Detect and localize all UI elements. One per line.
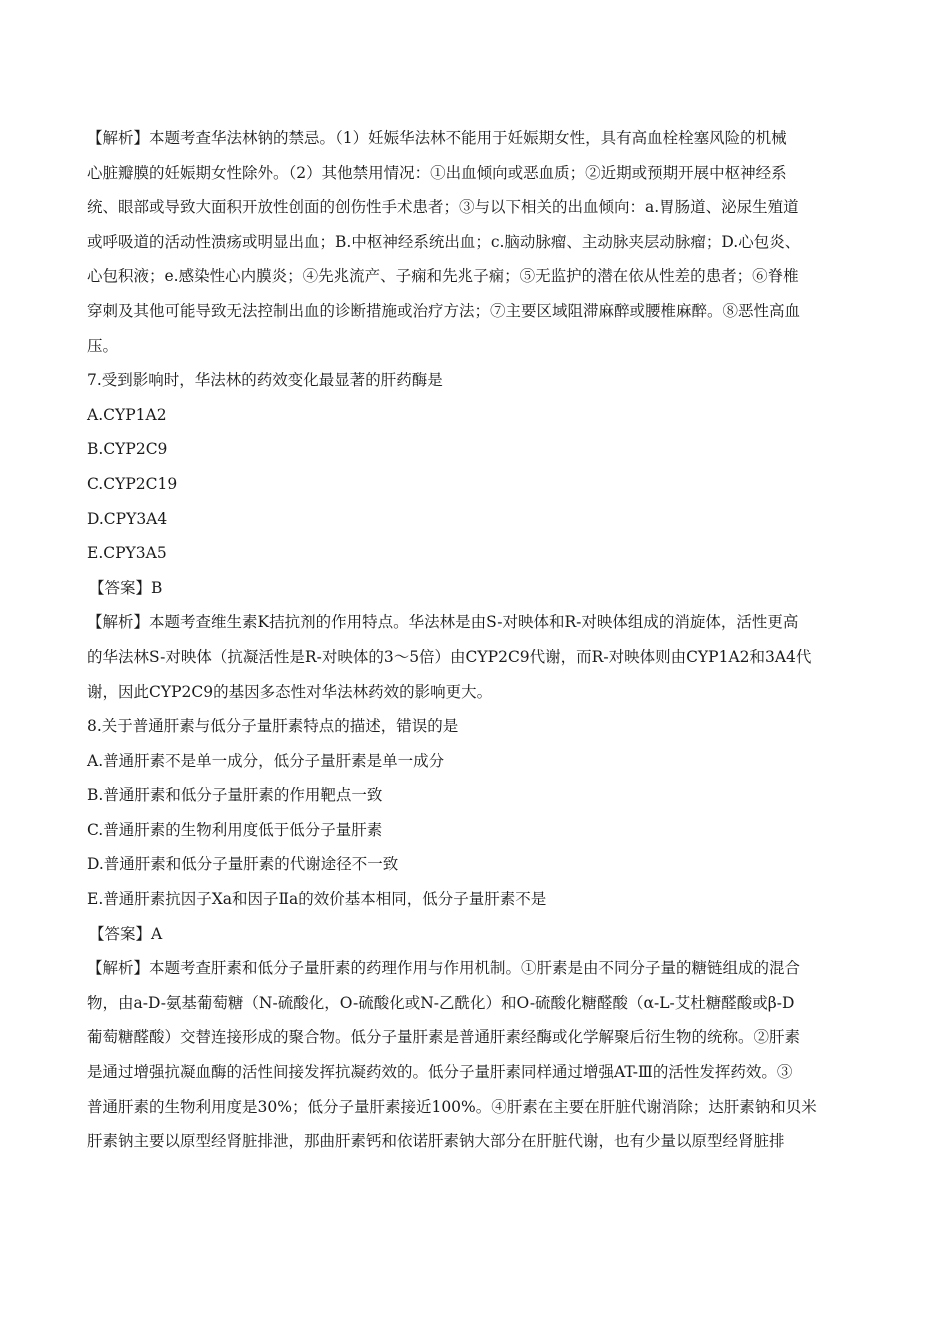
option-d: D.普通肝素和低分子量肝素的代谢途径不一致 — [87, 850, 867, 885]
option-b: B.CYP2C9 — [87, 435, 867, 470]
analysis-line: 肝素钠主要以原型经肾脏排泄，那曲肝素钙和依诺肝素钠大部分在肝脏代谢，也有少量以原… — [87, 1127, 867, 1162]
option-c: C.CYP2C19 — [87, 470, 867, 505]
answer-label: 【答案】A — [87, 920, 867, 955]
analysis-line: 葡萄糖醛酸）交替连接形成的聚合物。低分子量肝素是普通肝素经酶或化学解聚后衍生物的… — [87, 1023, 867, 1058]
option-e: E.普通肝素抗因子Xa和因子Ⅱa的效价基本相同，低分子量肝素不是 — [87, 885, 867, 920]
analysis-line: 是通过增强抗凝血酶的活性间接发挥抗凝药效的。低分子量肝素同样通过增强AT-Ⅲ的活… — [87, 1058, 867, 1093]
option-e: E.CPY3A5 — [87, 539, 867, 574]
option-c: C.普通肝素的生物利用度低于低分子量肝素 — [87, 816, 867, 851]
question-stem: 8.关于普通肝素与低分子量肝素特点的描述，错误的是 — [87, 712, 867, 747]
analysis-line: 普通肝素的生物利用度是30%；低分子量肝素接近100%。④肝素在主要在肝脏代谢消… — [87, 1093, 867, 1128]
document-page: 【解析】本题考查华法林钠的禁忌。（1）妊娠华法林不能用于妊娠期女性，具有高血栓栓… — [87, 124, 867, 1162]
analysis-line: 的华法林S-对映体（抗凝活性是R-对映体的3～5倍）由CYP2C9代谢，而R-对… — [87, 643, 867, 678]
analysis-block: 【解析】本题考查肝素和低分子量肝素的药理作用与作用机制。①肝素是由不同分子量的糖… — [87, 954, 867, 1162]
analysis-line: 穿刺及其他可能导致无法控制出血的诊断措施或治疗方法；⑦主要区域阻滞麻醉或腰椎麻醉… — [87, 297, 867, 332]
analysis-line: 【解析】本题考查维生素K拮抗剂的作用特点。华法林是由S-对映体和R-对映体组成的… — [87, 608, 867, 643]
question-8: 8.关于普通肝素与低分子量肝素特点的描述，错误的是 A.普通肝素不是单一成分，低… — [87, 712, 867, 954]
analysis-line: 【解析】本题考查肝素和低分子量肝素的药理作用与作用机制。①肝素是由不同分子量的糖… — [87, 954, 867, 989]
analysis-line: 压。 — [87, 332, 867, 367]
option-d: D.CPY3A4 — [87, 505, 867, 540]
analysis-block: 【解析】本题考查维生素K拮抗剂的作用特点。华法林是由S-对映体和R-对映体组成的… — [87, 608, 867, 712]
option-a: A.普通肝素不是单一成分，低分子量肝素是单一成分 — [87, 747, 867, 782]
analysis-line: 物，由a-D-氨基葡萄糖（N-硫酸化，O-硫酸化或N-乙酰化）和O-硫酸化糖醛酸… — [87, 989, 867, 1024]
analysis-line: 【解析】本题考查华法林钠的禁忌。（1）妊娠华法林不能用于妊娠期女性，具有高血栓栓… — [87, 124, 867, 159]
analysis-line: 心脏瓣膜的妊娠期女性除外。（2）其他禁用情况：①出血倾向或恶血质；②近期或预期开… — [87, 159, 867, 194]
analysis-block: 【解析】本题考查华法林钠的禁忌。（1）妊娠华法林不能用于妊娠期女性，具有高血栓栓… — [87, 124, 867, 366]
option-a: A.CYP1A2 — [87, 401, 867, 436]
answer-label: 【答案】B — [87, 574, 867, 609]
analysis-line: 谢，因此CYP2C9的基因多态性对华法林药效的影响更大。 — [87, 678, 867, 713]
analysis-line: 心包积液；e.感染性心内膜炎；④先兆流产、子痫和先兆子痫；⑤无监护的潜在依从性差… — [87, 262, 867, 297]
analysis-line: 统、眼部或导致大面积开放性创面的创伤性手术患者；③与以下相关的出血倾向：a.胃肠… — [87, 193, 867, 228]
question-stem: 7.受到影响时，华法林的药效变化最显著的肝药酶是 — [87, 366, 867, 401]
analysis-line: 或呼吸道的活动性溃疡或明显出血；B.中枢神经系统出血；c.脑动脉瘤、主动脉夹层动… — [87, 228, 867, 263]
option-b: B.普通肝素和低分子量肝素的作用靶点一致 — [87, 781, 867, 816]
question-7: 7.受到影响时，华法林的药效变化最显著的肝药酶是 A.CYP1A2 B.CYP2… — [87, 366, 867, 608]
